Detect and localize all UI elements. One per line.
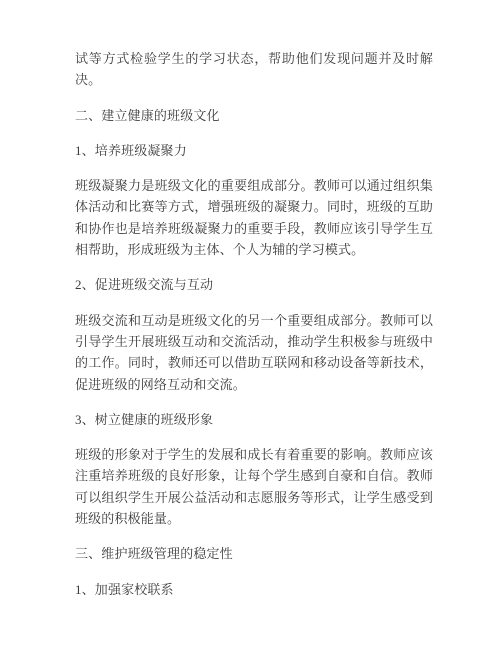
paragraph-class-image: 班级的形象对于学生的发展和成长有着重要的影响。教师应该注重培养班级的良好形象，让… [75,444,433,529]
document-page: 试等方式检验学生的学习状态，帮助他们发现问题并及时解决。 二、建立健康的班级文化… [0,0,500,653]
subheading-cohesion: 1、培养班级凝聚力 [75,140,433,161]
subheading-communication: 2、促进班级交流与互动 [75,274,433,295]
section-heading-stability: 三、维护班级管理的稳定性 [75,543,433,564]
section-heading-class-culture: 二、建立健康的班级文化 [75,105,433,126]
paragraph-communication: 班级交流和互动是班级文化的另一个重要组成部分。教师可以引导学生开展班级互动和交流… [75,310,433,395]
continuation-paragraph: 试等方式检验学生的学习状态，帮助他们发现问题并及时解决。 [75,48,433,91]
subheading-home-school: 1、加强家校联系 [75,579,433,600]
paragraph-cohesion: 班级凝聚力是班级文化的重要组成部分。教师可以通过组织集体活动和比赛等方式，增强班… [75,175,433,260]
subheading-class-image: 3、树立健康的班级形象 [75,409,433,430]
